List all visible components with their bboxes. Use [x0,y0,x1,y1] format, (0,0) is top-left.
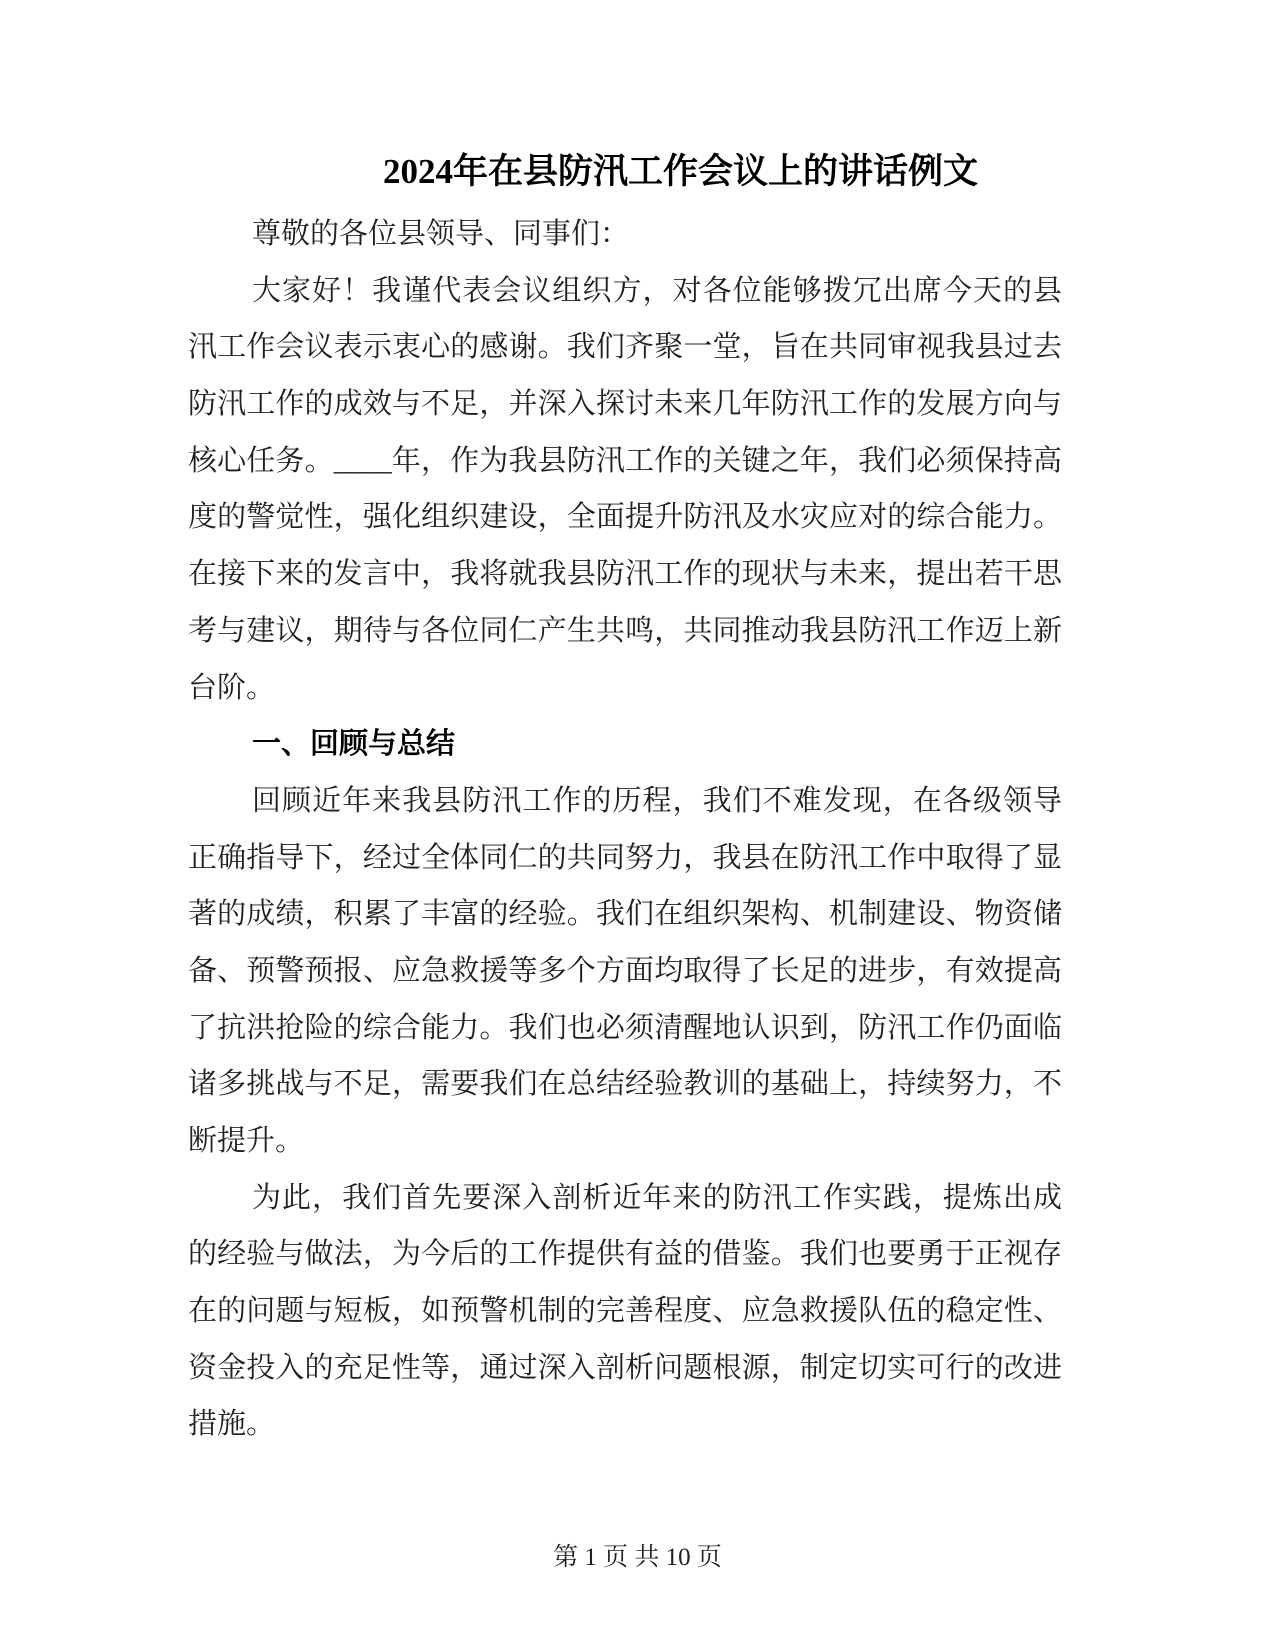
text-line: 台阶。 [188,660,1062,717]
text-line: 备、预警预报、应急救援等多个方面均取得了长足的进步，有效提高 [188,943,1062,1000]
text-line: 了抗洪抢险的综合能力。我们也必须清醒地认识到，防汛工作仍面临 [188,1000,1062,1057]
text-line: 汛工作会议表示衷心的感谢。我们齐聚一堂，旨在共同审视我县过去 [188,319,1062,376]
text-line: 诸多挑战与不足，需要我们在总结经验教训的基础上，持续努力，不 [188,1056,1062,1113]
text-line: 著的成绩，积累了丰富的经验。我们在组织架构、机制建设、物资储 [188,886,1062,943]
text-line: 核心任务。____年，作为我县防汛工作的关键之年，我们必须保持高 [188,433,1062,490]
text-line: 为此，我们首先要深入剖析近年来的防汛工作实践，提炼出成功 [188,1170,1062,1227]
text-line: 正确指导下，经过全体同仁的共同努力，我县在防汛工作中取得了显 [188,830,1062,887]
text-line: 的经验与做法，为今后的工作提供有益的借鉴。我们也要勇于正视存 [188,1226,1062,1283]
section-heading: 一、回顾与总结 [188,716,1062,773]
text-line: 在接下来的发言中，我将就我县防汛工作的现状与未来，提出若干思 [188,546,1062,603]
text-line: 在的问题与短板，如预警机制的完善程度、应急救援队伍的稳定性、 [188,1283,1062,1340]
page-number-text: 第 1 页 共 10 页 [553,1544,722,1571]
text-line: 防汛工作的成效与不足，并深入探讨未来几年防汛工作的发展方向与 [188,376,1062,433]
document-page: 2024年在县防汛工作会议上的讲话例文 尊敬的各位县领导、同事们：大家好！我谨代… [0,0,1275,1650]
document-title: 2024年在县防汛工作会议上的讲话例文 [383,151,978,193]
text-line: 资金投入的充足性等，通过深入剖析问题根源，制定切实可行的改进 [188,1340,1062,1397]
page-footer: 第 1 页 共 10 页 [0,1541,1275,1575]
text-line: 考与建议，期待与各位同仁产生共鸣，共同推动我县防汛工作迈上新 [188,603,1062,660]
text-line: 大家好！我谨代表会议组织方，对各位能够拨冗出席今天的县防 [188,263,1062,320]
text-line: 度的警觉性，强化组织建设，全面提升防汛及水灾应对的综合能力。 [188,489,1062,546]
text-line: 措施。 [188,1396,1062,1453]
text-line: 回顾近年来我县防汛工作的历程，我们不难发现，在各级领导的 [188,773,1062,830]
text-line: 尊敬的各位县领导、同事们： [188,206,1062,263]
text-line: 断提升。 [188,1113,1062,1170]
document-body: 尊敬的各位县领导、同事们：大家好！我谨代表会议组织方，对各位能够拨冗出席今天的县… [188,206,1062,1453]
